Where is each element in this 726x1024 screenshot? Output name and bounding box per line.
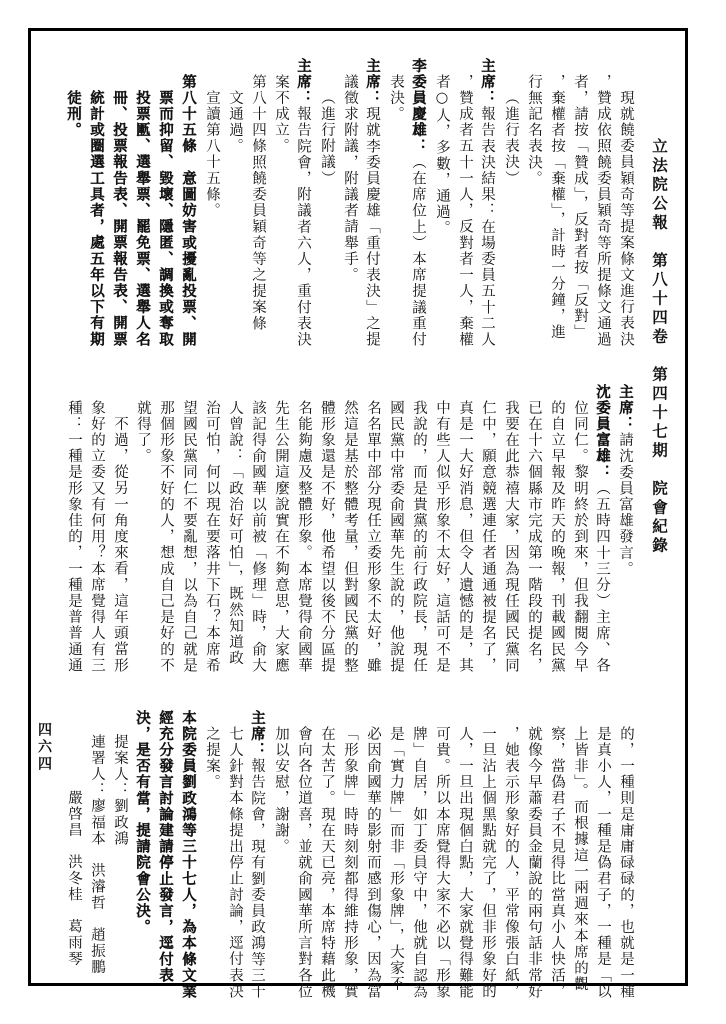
text-column: 沈委員富雄：（五時四十三分）主席、各 [591, 384, 614, 704]
text-column: 位同仁。黎明終於到來，但我翻閱今早 [568, 384, 591, 704]
column-text: 國民黨中常委俞國華先生說的，他說提 [388, 400, 404, 674]
text-band-top: 現就饒委員穎奇等提案條文進行表決，贊成依照饒委員穎奇等所提條文通過者，請按「贊成… [56, 58, 637, 382]
column-text: 經充分發言討論建請停止發言，逕付表 [157, 710, 174, 984]
text-column: 統計或圈選工具者，處五年以下有期 [85, 58, 108, 382]
text-column: 已在十六個縣市完成第一階段的提名， [522, 384, 545, 704]
column-text: 治可怕，何以現在要落井下石？本席希 [204, 400, 220, 674]
text-column: （進行附議） [315, 58, 338, 382]
text-column: 徒刑。 [62, 58, 85, 382]
speaker-name: 主席： [249, 710, 266, 758]
text-column: 該記得俞國華以前被「修理」時，俞大 [246, 384, 269, 704]
text-column: 第八十五條 意圖妨害或擾亂投票、開 [177, 58, 200, 382]
text-column: 案不成立。 [269, 58, 292, 382]
speaker-name: 主席： [364, 58, 381, 106]
column-text: 表決。 [388, 74, 404, 122]
text-column: 主席：報告院會，現有劉委員政鴻等三十 [246, 710, 269, 1006]
text-column: 經充分發言討論建請停止發言，逕付表 [154, 710, 177, 1006]
gazette-header: 立法院公報 第八十四卷 第四十七期 院會紀錄 [648, 138, 670, 568]
column-text: 一旦沾上個黑點就完了，但非形象好的 [480, 726, 496, 1000]
column-text: （進行附議） [319, 90, 335, 187]
column-text: 報告院會，現有劉委員政鴻等三十 [249, 758, 265, 1000]
text-column: 之提案。 [200, 710, 223, 1006]
speaker-name: 李委員慶雄： [410, 58, 427, 155]
column-text: 我說的，而是貴黨的前行政院長，現任 [411, 400, 427, 674]
text-column: 加以安慰，謝謝。 [269, 710, 292, 1006]
column-text: 徒刑。 [65, 90, 82, 138]
text-column: 宣讀第八十五條。 [200, 58, 223, 382]
column-text: 的自立早報及昨天的晚報，刊載國民黨 [549, 400, 565, 674]
text-column: 不過，從另一角度來看，這年頭當形 [108, 384, 131, 704]
text-column: 我說的，而是貴黨的前行政院長，現任 [407, 384, 430, 704]
column-text: 統計或圈選工具者，處五年以下有期 [88, 90, 105, 348]
text-column: 先生公開這麼說實在不夠意思，大家應 [269, 384, 292, 704]
column-text: 者○人，多數，通過。 [434, 74, 450, 237]
column-text: 體形象還是不好，他希望以後不分區提 [319, 400, 335, 674]
column-text: 不過，從另一角度來看，這年頭當形 [112, 416, 128, 674]
column-text: 象好的立委又有何用？本席覺得人有三 [89, 400, 105, 674]
text-column: （進行表決） [499, 58, 522, 382]
column-text: 冊、投票報告表、開票報告表、開票 [111, 90, 128, 348]
column-text: 我要在此恭禧大家，因為現任國民黨同 [503, 400, 519, 674]
column-text: 加以安慰，謝謝。 [273, 726, 289, 855]
column-text: 位同仁。黎明終於到來，但我翻閱今早 [572, 400, 588, 674]
text-column: 必因俞國華的影射而感到傷心，因為當 [361, 710, 384, 1006]
text-column: 本院委員劉政鴻等三十七人，為本條文業 [177, 710, 200, 1006]
column-text: ，贊成者五十一人，反對者一人，棄權 [457, 74, 473, 348]
column-text: 之提案。 [204, 726, 220, 790]
text-column: 是真小人，一種是偽君子，一種是「以 [591, 710, 614, 1006]
column-text: 案不成立。 [273, 74, 289, 155]
column-text: 名名單中部分現任立委形象不太好，雖 [365, 400, 381, 674]
text-column: 會向各位道喜，並就俞國華所言對各位 [292, 710, 315, 1006]
column-text: 宣讀第八十五條。 [204, 90, 220, 219]
column-text: 會向各位道喜，並就俞國華所言對各位 [296, 726, 312, 1000]
column-text: （五時四十三分）主席、各 [594, 481, 610, 674]
text-column: 票而抑留、毀壞、隱匿、調換或奪取 [154, 58, 177, 382]
column-text: 察，當偽君子不見得比當真小人快活， [549, 726, 565, 1000]
column-text: 真是一大好消息，但令人遺憾的是，其 [457, 400, 473, 674]
column-text: 「形象牌」時時刻刻都得維持形象，實 [342, 726, 358, 1000]
text-column: 行無記名表決。 [522, 58, 545, 382]
text-column: 牌」自居，如丁委員守中，他就自認為 [407, 710, 430, 1006]
column-text: 決，是否有當，提請院會公決。 [134, 710, 151, 935]
text-column: 第八十四條照饒委員穎奇等之提案條 [246, 58, 269, 382]
text-column: ，她表示形象好的人，平常像張白紙， [499, 710, 522, 1006]
column-text: 文通過。 [227, 90, 243, 154]
column-text: 第八十五條 意圖妨害或擾亂投票、開 [180, 74, 197, 348]
text-column: 提案人：劉政鴻 [108, 710, 131, 1006]
text-column: 我要在此恭禧大家，因為現任國民黨同 [499, 384, 522, 704]
column-text: 投票匭、選舉票、罷免票、選舉人名 [134, 90, 151, 348]
text-column: 連署人：廖福本 洪濬哲 趙振鵬 [85, 710, 108, 1006]
column-text: 牌」自居，如丁委員守中，他就自認為 [411, 726, 427, 1000]
text-column: 在太苦了。現在天已亮，本席特藉此機 [315, 710, 338, 1006]
text-column: 名名單中部分現任立委形象不太好，雖 [361, 384, 384, 704]
column-text: 必因俞國華的影射而感到傷心，因為當 [365, 726, 381, 1000]
text-column: 投票匭、選舉票、罷免票、選舉人名 [131, 58, 154, 382]
text-column: 望國民黨同仁不要亂想，以為自己就是 [177, 384, 200, 704]
text-column: 文通過。 [223, 58, 246, 382]
column-text: 是真小人，一種是偽君子，一種是「以 [595, 726, 611, 1000]
column-text: 已在十六個縣市完成第一階段的提名， [526, 400, 542, 674]
speaker-name: 主席： [295, 58, 312, 106]
text-column: 「形象牌」時時刻刻都得維持形象，實 [338, 710, 361, 1006]
text-column: 決，是否有當，提請院會公決。 [131, 710, 154, 1006]
speaker-name: 沈委員富雄： [594, 384, 611, 481]
column-text: 提案人：劉政鴻 [112, 734, 128, 847]
column-text: 望國民黨同仁不要亂想，以為自己就是 [181, 400, 197, 674]
column-text: 種：一種是形象佳的，一種是普普通通 [66, 400, 82, 674]
text-column: 表決。 [384, 58, 407, 382]
text-column: 者○人，多數，通過。 [430, 58, 453, 382]
page-number: 四六四 [34, 722, 54, 792]
column-text: 就像今早蕭委員金蘭說的兩句話非常好 [526, 726, 542, 1000]
column-text: 是「實力牌」而非「形象牌」，大家不 [388, 726, 404, 992]
text-column: 七人針對本條提出停止討論，逕付表決 [223, 710, 246, 1006]
text-column: 真是一大好消息，但令人遺憾的是，其 [453, 384, 476, 704]
column-text: 在太苦了。現在天已亮，本席特藉此機 [319, 726, 335, 1000]
speaker-name: 主席： [617, 384, 634, 432]
column-text: 仁中，願意競選連任者通通被提名了， [480, 400, 496, 674]
text-column: 人曾說：「政治好可怕」，既然知道政 [223, 384, 246, 704]
column-text: 七人針對本條提出停止討論，逕付表決 [227, 726, 243, 1000]
text-column: ，棄權者按「棄權」，計時一分鐘，進 [545, 58, 568, 382]
text-column: 冊、投票報告表、開票報告表、開票 [108, 58, 131, 382]
column-text: 就得了。 [135, 400, 151, 464]
column-text: 可貴。所以本席覺得大家不必以「形象 [434, 726, 450, 1000]
speaker-name: 主席： [479, 58, 496, 106]
column-text: （進行表決） [503, 90, 519, 187]
text-column: 一旦沾上個黑點就完了，但非形象好的 [476, 710, 499, 1006]
text-column: 議徵求附議，附議者請舉手。 [338, 58, 361, 382]
column-text: 連署人：廖福本 洪濬哲 趙振鵬 [89, 734, 105, 976]
column-text: 然這是基於整體考量，但對國民黨的整 [342, 400, 358, 674]
text-column: 察，當偽君子不見得比當真小人快活， [545, 710, 568, 1006]
column-text: ，她表示形象好的人，平常像張白紙， [503, 726, 519, 1000]
column-text: 第八十四條照饒委員穎奇等之提案條 [250, 74, 266, 332]
text-column: 主席：報告表決結果：在場委員五十二人 [476, 58, 499, 382]
column-text: 人曾說：「政治好可怕」，既然知道政 [227, 400, 243, 666]
text-column: 現就饒委員穎奇等提案條文進行表決 [614, 58, 637, 382]
text-column: 那個形象不好的人，想成自己是好的不 [154, 384, 177, 704]
column-text: 中有些人似乎形象不太好，這話可不是 [434, 400, 450, 674]
column-text: 現就饒委員穎奇等提案條文進行表決 [618, 90, 634, 348]
text-column: 李委員慶雄：（在席位上）本席提議重付 [407, 58, 430, 382]
text-column: 然這是基於整體考量，但對國民黨的整 [338, 384, 361, 704]
text-column: 象好的立委又有何用？本席覺得人有三 [85, 384, 108, 704]
text-column: 就得了。 [131, 384, 154, 704]
column-text: 行無記名表決。 [526, 74, 542, 187]
column-text: 議徵求附議，附議者請舉手。 [342, 74, 358, 283]
text-column: 就像今早蕭委員金蘭說的兩句話非常好 [522, 710, 545, 1006]
column-text: 請沈委員富雄發言。 [617, 432, 633, 577]
text-column: 是「實力牌」而非「形象牌」，大家不 [384, 710, 407, 1006]
column-text: 該記得俞國華以前被「修理」時，俞大 [250, 400, 266, 674]
column-text: 上皆非」。而根據這一兩週來本席的觀 [572, 726, 588, 992]
column-text: （在席位上）本席提議重付 [410, 155, 426, 348]
text-column: 主席：現就李委員慶雄「重付表決」之提 [361, 58, 384, 382]
column-text: 先生公開這麼說實在不夠意思，大家應 [273, 400, 289, 674]
column-text: 報告表決結果：在場委員五十二人 [479, 106, 495, 348]
text-column: 中有些人似乎形象不太好，這話可不是 [430, 384, 453, 704]
column-text: 的，一種則是庸庸碌碌的，也就是一種 [618, 726, 634, 1000]
text-column: 主席：報告院會，附議者六人，重付表決 [292, 58, 315, 382]
text-column: 治可怕，何以現在要落井下石？本席希 [200, 384, 223, 704]
text-column: 國民黨中常委俞國華先生說的，他說提 [384, 384, 407, 704]
column-text: 名能夠慮及整體形象。本席覺得俞國華 [296, 400, 312, 674]
column-text: ，贊成依照饒委員穎奇等所提條文通過 [595, 74, 611, 348]
text-band-bottom: 的，一種則是庸庸碌碌的，也就是一種是真小人，一種是偽君子，一種是「以上皆非」。而… [56, 710, 637, 1006]
column-text: 票而抑留、毀壞、隱匿、調換或奪取 [157, 90, 174, 348]
text-column: 者，請按「贊成」，反對者按「反對」 [568, 58, 591, 382]
text-column: 的自立早報及昨天的晚報，刊載國民黨 [545, 384, 568, 704]
column-text: 人，一旦出現個白點，大家就覺得難能 [457, 726, 473, 1000]
column-text: 現就李委員慶雄「重付表決」之提 [364, 106, 380, 348]
text-column: 上皆非」。而根據這一兩週來本席的觀 [568, 710, 591, 1006]
column-text: 本院委員劉政鴻等三十七人，為本條文業 [180, 710, 197, 1000]
text-column: 嚴啓昌 洪冬桂 葛雨琴 [62, 710, 85, 1006]
column-text: ，棄權者按「棄權」，計時一分鐘，進 [549, 74, 565, 340]
text-column: 體形象還是不好，他希望以後不分區提 [315, 384, 338, 704]
text-column: 的，一種則是庸庸碌碌的，也就是一種 [614, 710, 637, 1006]
text-band-middle: 主席：請沈委員富雄發言。沈委員富雄：（五時四十三分）主席、各位同仁。黎明終於到來… [56, 384, 637, 704]
text-column: ，贊成依照饒委員穎奇等所提條文通過 [591, 58, 614, 382]
column-text: 嚴啓昌 洪冬桂 葛雨琴 [66, 790, 82, 967]
text-column: 種：一種是形象佳的，一種是普普通通 [62, 384, 85, 704]
column-text: 那個形象不好的人，想成自己是好的不 [158, 400, 174, 674]
text-column: ，贊成者五十一人，反對者一人，棄權 [453, 58, 476, 382]
text-column: 仁中，願意競選連任者通通被提名了， [476, 384, 499, 704]
column-text: 者，請按「贊成」，反對者按「反對」 [572, 74, 588, 340]
text-column: 人，一旦出現個白點，大家就覺得難能 [453, 710, 476, 1006]
column-text: 報告院會，附議者六人，重付表決 [295, 106, 311, 348]
text-column: 可貴。所以本席覺得大家不必以「形象 [430, 710, 453, 1006]
text-column: 名能夠慮及整體形象。本席覺得俞國華 [292, 384, 315, 704]
text-column: 主席：請沈委員富雄發言。 [614, 384, 637, 704]
